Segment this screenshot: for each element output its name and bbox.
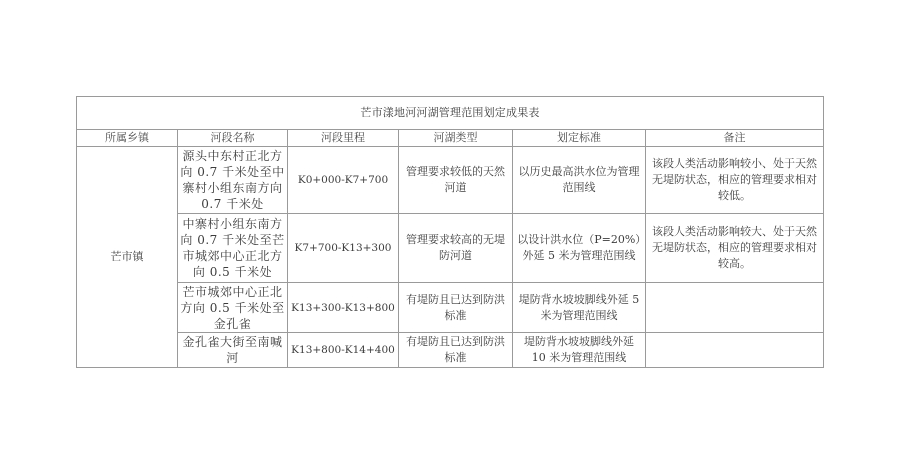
mileage-cell: K7+700-K13+300 (288, 214, 399, 283)
standard-cell: 以设计洪水位（P=20%）外延 5 米为管理范围线 (513, 214, 646, 283)
section-name-cell: 源头中东村正北方向 0.7 千米处至中寨村小组东南方向 0.7 千米处 (178, 147, 288, 214)
column-header-section-name: 河段名称 (178, 130, 288, 147)
note-cell (646, 283, 824, 333)
table-title: 芒市漾地河河湖管理范围划定成果表 (77, 97, 824, 130)
note-cell: 该段人类活动影响较小、处于天然无堤防状态，相应的管理要求相对较低。 (646, 147, 824, 214)
river-type-cell: 有堤防且已达到防洪标准 (399, 283, 513, 333)
table-row: 中寨村小组东南方向 0.7 千米处至芒市城郊中心正北方向 0.5 千米处 K7+… (77, 214, 824, 283)
river-management-table: 芒市漾地河河湖管理范围划定成果表 所属乡镇 河段名称 河段里程 河湖类型 划定标… (76, 96, 824, 368)
mileage-cell: K0+000-K7+700 (288, 147, 399, 214)
column-header-town: 所属乡镇 (77, 130, 178, 147)
note-cell: 该段人类活动影响较大、处于天然无堤防状态，相应的管理要求相对较高。 (646, 214, 824, 283)
column-header-river-type: 河湖类型 (399, 130, 513, 147)
section-name-cell: 金孔雀大街至南喊河 (178, 333, 288, 368)
column-header-note: 备注 (646, 130, 824, 147)
section-name-cell: 芒市城郊中心正北方向 0.5 千米处至金孔雀 (178, 283, 288, 333)
river-type-cell: 管理要求较高的无堤防河道 (399, 214, 513, 283)
river-type-cell: 管理要求较低的天然河道 (399, 147, 513, 214)
standard-cell: 堤防背水坡坡脚线外延 10 米为管理范围线 (513, 333, 646, 368)
table-row: 芒市镇 源头中东村正北方向 0.7 千米处至中寨村小组东南方向 0.7 千米处 … (77, 147, 824, 214)
header-row: 所属乡镇 河段名称 河段里程 河湖类型 划定标准 备注 (77, 130, 824, 147)
table-row: 芒市城郊中心正北方向 0.5 千米处至金孔雀 K13+300-K13+800 有… (77, 283, 824, 333)
mileage-cell: K13+800-K14+400 (288, 333, 399, 368)
river-type-cell: 有堤防且已达到防洪标准 (399, 333, 513, 368)
standard-cell: 堤防背水坡坡脚线外延 5 米为管理范围线 (513, 283, 646, 333)
section-name-cell: 中寨村小组东南方向 0.7 千米处至芒市城郊中心正北方向 0.5 千米处 (178, 214, 288, 283)
mileage-cell: K13+300-K13+800 (288, 283, 399, 333)
town-cell: 芒市镇 (77, 147, 178, 368)
title-row: 芒市漾地河河湖管理范围划定成果表 (77, 97, 824, 130)
table-row: 金孔雀大街至南喊河 K13+800-K14+400 有堤防且已达到防洪标准 堤防… (77, 333, 824, 368)
column-header-mileage: 河段里程 (288, 130, 399, 147)
note-cell (646, 333, 824, 368)
column-header-standard: 划定标准 (513, 130, 646, 147)
standard-cell: 以历史最高洪水位为管理范围线 (513, 147, 646, 214)
